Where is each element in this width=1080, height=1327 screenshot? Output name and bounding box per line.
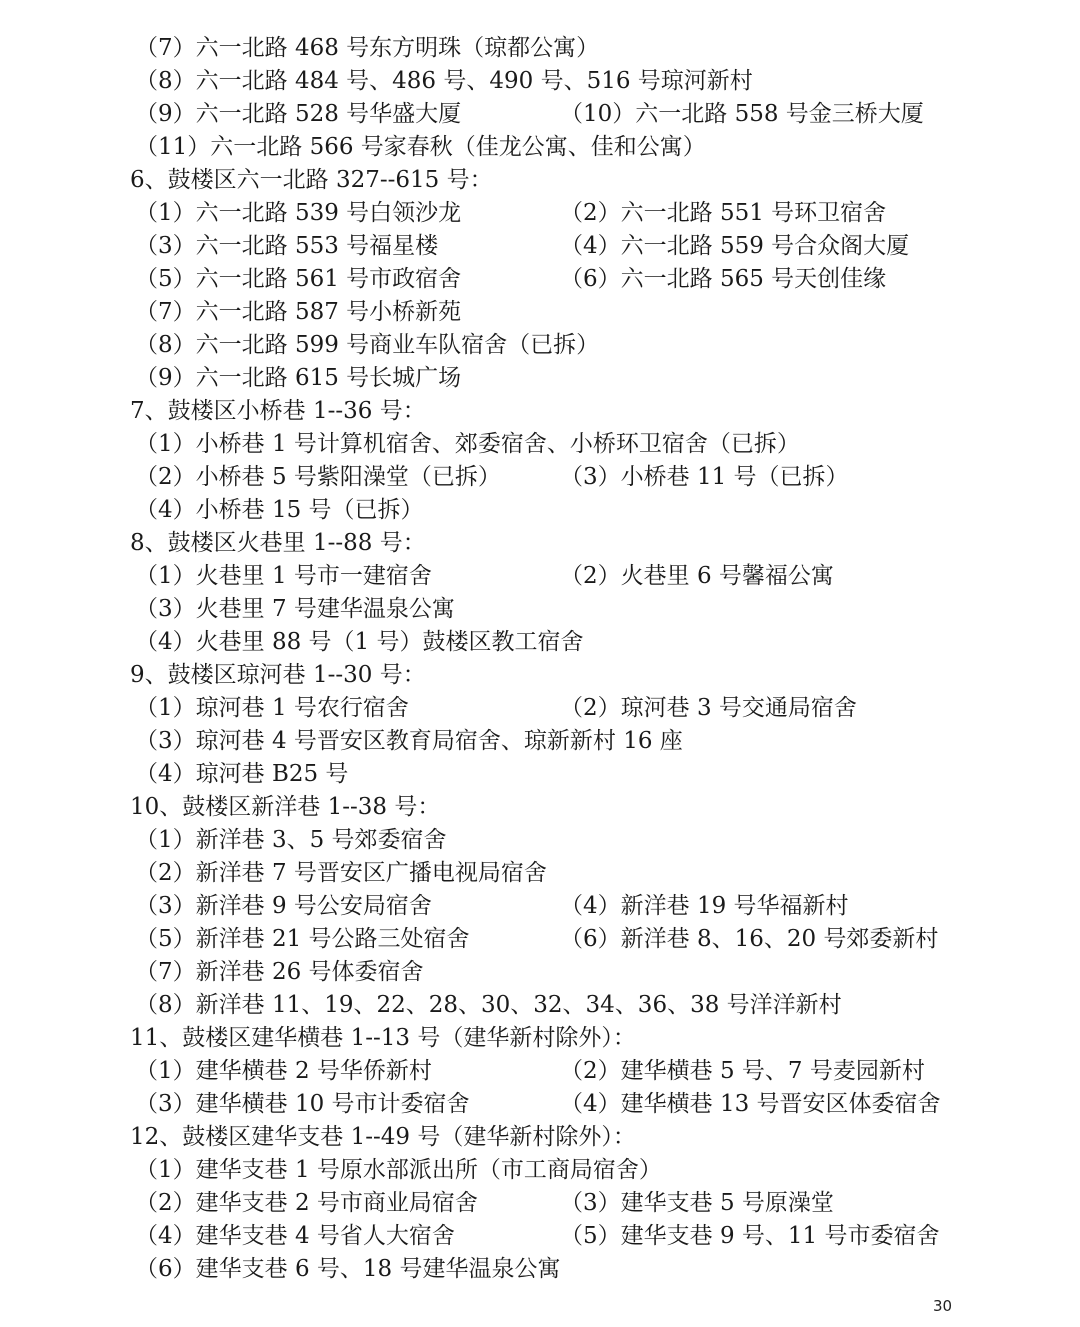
- item-text: （11）六一北路 566 号家春秋（佳龙公寓、佳和公寓）: [135, 134, 706, 160]
- item-text: （7）六一北路 468 号东方明珠（琼都公寓）: [135, 35, 599, 61]
- list-item: （1）新洋巷 3、5 号郊委宿舍: [135, 824, 447, 857]
- heading-text: 11、鼓楼区建华横巷 1--13 号（建华新村除外）：: [130, 1025, 636, 1051]
- item-text: （1）新洋巷 3、5 号郊委宿舍: [135, 827, 447, 853]
- item-text: （2）建华支巷 2 号市商业局宿舍: [135, 1190, 478, 1216]
- list-item: （6）建华支巷 6 号、18 号建华温泉公寓: [135, 1253, 560, 1286]
- list-item: （9）六一北路 615 号长城广场: [135, 362, 461, 395]
- list-item: （1）六一北路 539 号白领沙龙（2）六一北路 551 号环卫宿舍: [135, 197, 461, 230]
- list-item: （8）六一北路 484 号、486 号、490 号、516 号琼河新村: [135, 65, 753, 98]
- heading-text: 6、鼓楼区六一北路 327--615 号：: [130, 167, 493, 193]
- item-text: （3）新洋巷 9 号公安局宿舍: [135, 893, 432, 919]
- item-text: （4）建华支巷 4 号省人大宿舍: [135, 1223, 455, 1249]
- list-item: （5）六一北路 561 号市政宿舍（6）六一北路 565 号天创佳缘: [135, 263, 461, 296]
- list-item: （3）琼河巷 4 号晋安区教育局宿舍、琼新新村 16 座: [135, 725, 683, 758]
- item-text: （1）建华横巷 2 号华侨新村: [135, 1058, 432, 1084]
- list-item: （11）六一北路 566 号家春秋（佳龙公寓、佳和公寓）: [135, 131, 706, 164]
- page-number: 30: [933, 1297, 952, 1315]
- item-text: （3）火巷里 7 号建华温泉公寓: [135, 596, 455, 622]
- item-text: （6）建华支巷 6 号、18 号建华温泉公寓: [135, 1256, 560, 1282]
- list-item: （2）建华支巷 2 号市商业局宿舍（3）建华支巷 5 号原澡堂: [135, 1187, 478, 1220]
- list-item: （3）六一北路 553 号福星楼（4）六一北路 559 号合众阁大厦: [135, 230, 438, 263]
- item-text: （4）琼河巷 B25 号: [135, 761, 348, 787]
- item-text: （1）小桥巷 1 号计算机宿舍、郊委宿舍、小桥环卫宿舍（已拆）: [135, 431, 800, 457]
- item-text: （1）六一北路 539 号白领沙龙: [135, 200, 461, 226]
- item-text: （4）小桥巷 15 号（已拆）: [135, 497, 424, 523]
- list-item: （7）六一北路 587 号小桥新苑: [135, 296, 461, 329]
- item-text: （3）琼河巷 4 号晋安区教育局宿舍、琼新新村 16 座: [135, 728, 683, 754]
- document-page: （7）六一北路 468 号东方明珠（琼都公寓） （8）六一北路 484 号、48…: [0, 0, 1080, 1327]
- list-item: （3）建华横巷 10 号市计委宿舍（4）建华横巷 13 号晋安区体委宿舍: [135, 1088, 470, 1121]
- list-item: （1）建华横巷 2 号华侨新村（2）建华横巷 5 号、7 号麦园新村: [135, 1055, 432, 1088]
- item-text: （1）建华支巷 1 号原水部派出所（市工商局宿舍）: [135, 1157, 662, 1183]
- item-text-right: （4）建华横巷 13 号晋安区体委宿舍: [560, 1088, 941, 1121]
- list-item: （1）小桥巷 1 号计算机宿舍、郊委宿舍、小桥环卫宿舍（已拆）: [135, 428, 800, 461]
- item-text: （9）六一北路 528 号华盛大厦: [135, 101, 461, 127]
- list-item: （1）琼河巷 1 号农行宿舍（2）琼河巷 3 号交通局宿舍: [135, 692, 409, 725]
- list-item: （3）火巷里 7 号建华温泉公寓: [135, 593, 455, 626]
- item-text: （2）新洋巷 7 号晋安区广播电视局宿舍: [135, 860, 547, 886]
- heading-text: 7、鼓楼区小桥巷 1--36 号：: [130, 398, 426, 424]
- list-item: （4）建华支巷 4 号省人大宿舍（5）建华支巷 9 号、11 号市委宿舍: [135, 1220, 455, 1253]
- heading-text: 12、鼓楼区建华支巷 1--49 号（建华新村除外）：: [130, 1124, 636, 1150]
- item-text: （8）六一北路 599 号商业车队宿舍（已拆）: [135, 332, 599, 358]
- item-text: （7）新洋巷 26 号体委宿舍: [135, 959, 424, 985]
- list-item: （7）六一北路 468 号东方明珠（琼都公寓）: [135, 32, 599, 65]
- item-text-right: （3）建华支巷 5 号原澡堂: [560, 1187, 834, 1220]
- list-item: （7）新洋巷 26 号体委宿舍: [135, 956, 424, 989]
- heading-text: 10、鼓楼区新洋巷 1--38 号：: [130, 794, 440, 820]
- item-text: （1）琼河巷 1 号农行宿舍: [135, 695, 409, 721]
- item-text-right: （6）新洋巷 8、16、20 号郊委新村: [560, 923, 938, 956]
- item-text: （3）建华横巷 10 号市计委宿舍: [135, 1091, 470, 1117]
- item-text-right: （4）六一北路 559 号合众阁大厦: [560, 230, 909, 263]
- item-text: （3）六一北路 553 号福星楼: [135, 233, 438, 259]
- list-item: （1）火巷里 1 号市一建宿舍（2）火巷里 6 号馨福公寓: [135, 560, 432, 593]
- item-text-right: （2）火巷里 6 号馨福公寓: [560, 560, 834, 593]
- item-text: （8）六一北路 484 号、486 号、490 号、516 号琼河新村: [135, 68, 753, 94]
- list-item: （1）建华支巷 1 号原水部派出所（市工商局宿舍）: [135, 1154, 662, 1187]
- list-item: （9）六一北路 528 号华盛大厦（10）六一北路 558 号金三桥大厦: [135, 98, 461, 131]
- section-heading: 11、鼓楼区建华横巷 1--13 号（建华新村除外）：: [130, 1022, 636, 1055]
- list-item: （2）新洋巷 7 号晋安区广播电视局宿舍: [135, 857, 547, 890]
- item-text: （5）新洋巷 21 号公路三处宿舍: [135, 926, 470, 952]
- heading-text: 9、鼓楼区琼河巷 1--30 号：: [130, 662, 426, 688]
- list-item: （4）火巷里 88 号（1 号）鼓楼区教工宿舍: [135, 626, 583, 659]
- item-text-right: （2）建华横巷 5 号、7 号麦园新村: [560, 1055, 925, 1088]
- item-text: （4）火巷里 88 号（1 号）鼓楼区教工宿舍: [135, 629, 583, 655]
- list-item: （4）小桥巷 15 号（已拆）: [135, 494, 424, 527]
- item-text: （9）六一北路 615 号长城广场: [135, 365, 461, 391]
- item-text: （5）六一北路 561 号市政宿舍: [135, 266, 461, 292]
- item-text-right: （3）小桥巷 11 号（已拆）: [560, 461, 849, 494]
- list-item: （4）琼河巷 B25 号: [135, 758, 348, 791]
- item-text: （1）火巷里 1 号市一建宿舍: [135, 563, 432, 589]
- item-text: （2）小桥巷 5 号紫阳澡堂（已拆）: [135, 464, 501, 490]
- section-heading: 12、鼓楼区建华支巷 1--49 号（建华新村除外）：: [130, 1121, 636, 1154]
- item-text: （8）新洋巷 11、19、22、28、30、32、34、36、38 号洋洋新村: [135, 992, 842, 1018]
- heading-text: 8、鼓楼区火巷里 1--88 号：: [130, 530, 426, 556]
- section-heading: 9、鼓楼区琼河巷 1--30 号：: [130, 659, 426, 692]
- list-item: （8）六一北路 599 号商业车队宿舍（已拆）: [135, 329, 599, 362]
- section-heading: 7、鼓楼区小桥巷 1--36 号：: [130, 395, 426, 428]
- item-text-right: （2）六一北路 551 号环卫宿舍: [560, 197, 886, 230]
- list-item: （8）新洋巷 11、19、22、28、30、32、34、36、38 号洋洋新村: [135, 989, 842, 1022]
- item-text-right: （10）六一北路 558 号金三桥大厦: [560, 98, 924, 131]
- list-item: （3）新洋巷 9 号公安局宿舍（4）新洋巷 19 号华福新村: [135, 890, 432, 923]
- item-text-right: （5）建华支巷 9 号、11 号市委宿舍: [560, 1220, 939, 1253]
- list-item: （5）新洋巷 21 号公路三处宿舍（6）新洋巷 8、16、20 号郊委新村: [135, 923, 470, 956]
- item-text-right: （2）琼河巷 3 号交通局宿舍: [560, 692, 857, 725]
- section-heading: 10、鼓楼区新洋巷 1--38 号：: [130, 791, 440, 824]
- item-text-right: （6）六一北路 565 号天创佳缘: [560, 263, 886, 296]
- item-text-right: （4）新洋巷 19 号华福新村: [560, 890, 849, 923]
- item-text: （7）六一北路 587 号小桥新苑: [135, 299, 461, 325]
- section-heading: 8、鼓楼区火巷里 1--88 号：: [130, 527, 426, 560]
- list-item: （2）小桥巷 5 号紫阳澡堂（已拆）（3）小桥巷 11 号（已拆）: [135, 461, 501, 494]
- section-heading: 6、鼓楼区六一北路 327--615 号：: [130, 164, 493, 197]
